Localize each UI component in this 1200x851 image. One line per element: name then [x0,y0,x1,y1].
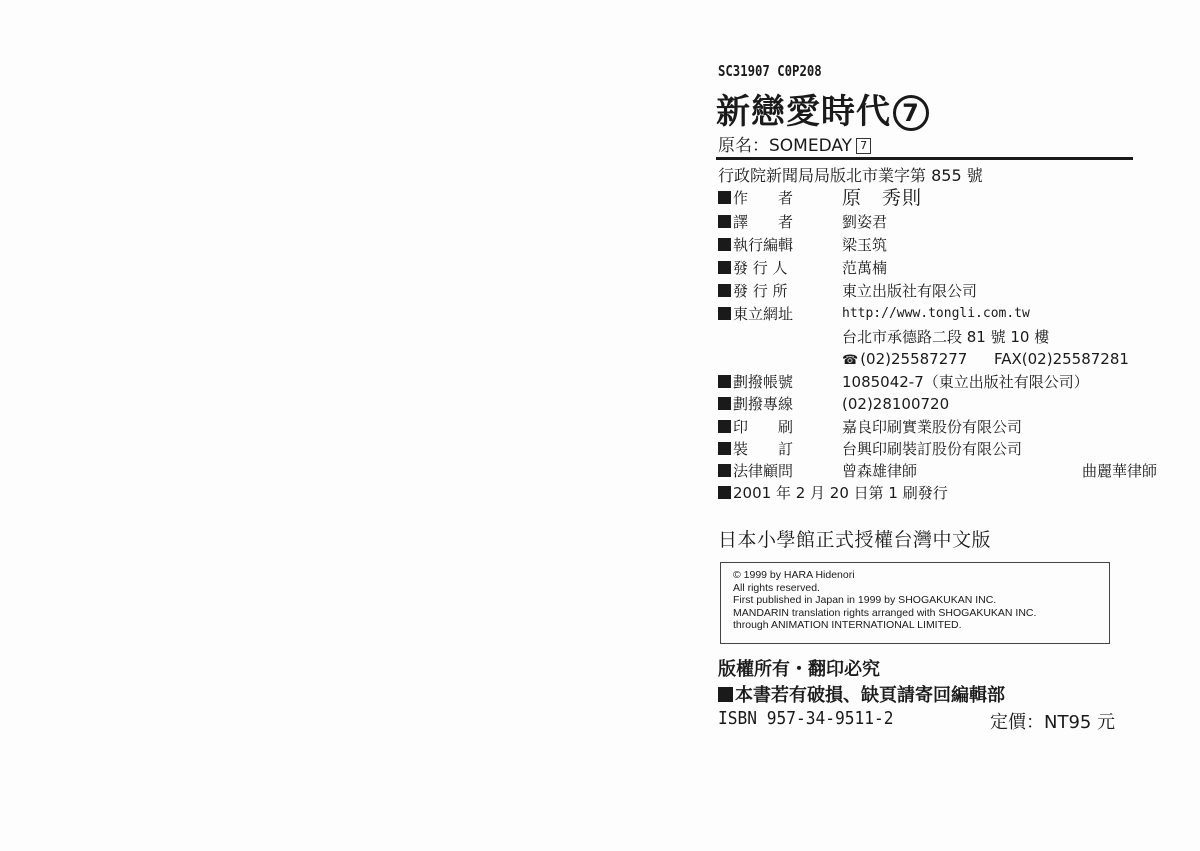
credit-label: 劃撥專線 [733,393,839,415]
credit-value: 梁玉筑 [842,234,887,256]
credit-row-author: 作 者原 秀則 [718,187,839,209]
address-line: 台北市承德路二段 81 號 10 樓 [842,326,1049,348]
bullet-square-icon [718,238,731,251]
credit-label: 譯 者 [733,211,839,233]
lawyer-2: 曲麗華律師 [1082,460,1157,482]
original-title-text: 原名：SOMEDAY [718,136,852,156]
license-number: 行政院新聞局局版北市業字第 855 號 [718,163,983,186]
left-blank-page [0,0,600,851]
credit-row-translator: 譯 者劉姿君 [718,211,839,233]
bullet-square-icon [718,464,731,477]
credit-value: 台興印刷裝訂股份有限公司 [842,438,1022,460]
bullet-square-icon [718,215,731,228]
credit-value: 范萬楠 [842,257,887,279]
credit-label: 東立網址 [733,303,839,325]
credit-row-publisher: 發 行 人范萬楠 [718,257,839,279]
credit-label: 法律顧問 [733,460,839,482]
bullet-square-icon [718,284,731,297]
credit-label: 發 行 所 [733,280,839,302]
credit-label: 發 行 人 [733,257,839,279]
rights-reserved-notice: 版權所有・翻印必究 [718,655,880,681]
credit-row-website: 東立網址http://www.tongli.com.tw [718,303,839,325]
copyright-box: © 1999 by HARA Hidenori All rights reser… [720,562,1110,644]
telephone-icon: ☎ [842,353,858,368]
authorization-notice: 日本小學館正式授權台灣中文版 [718,525,991,552]
bullet-square-icon [718,442,731,455]
credit-value: 曾森雄律師曲麗華律師 [842,460,917,482]
credit-label: 作 者 [733,187,839,209]
credit-row-publishing-house: 發 行 所東立出版社有限公司 [718,280,839,302]
credit-label: 裝 訂 [733,438,839,460]
price: 定價：NT95 元 [990,708,1115,734]
original-volume-box: 7 [856,138,871,154]
credit-value: 1085042-7（東立出版社有限公司） [842,371,1089,393]
damaged-copy-notice: 本書若有破損、缺頁請寄回編輯部 [718,681,1005,707]
bullet-square-icon [718,261,731,274]
copyright-line: © 1999 by HARA Hidenori [733,569,1109,582]
volume-circle-badge: 7 [893,95,929,131]
credit-row-printer: 印 刷嘉良印刷實業股份有限公司 [718,416,839,438]
lawyer-1: 曾森雄律師 [842,462,917,480]
bullet-square-icon [718,687,733,702]
credit-row-postal-hotline: 劃撥專線(02)28100720 [718,393,839,415]
copyright-line: All rights reserved. [733,582,1109,595]
catalog-codes: SC31907 C0P208 [718,62,822,80]
bullet-square-icon [718,191,731,204]
edition-text: 2001 年 2 月 20 日第 1 刷發行 [733,484,948,502]
credit-value: (02)28100720 [842,393,949,415]
title-text: 新戀愛時代 [716,92,891,132]
copyright-line: First published in Japan in 1999 by SHOG… [733,594,1109,607]
bullet-square-icon [718,397,731,410]
credit-row-editor: 執行編輯梁玉筑 [718,234,839,256]
title-divider-rule [716,157,1133,160]
credit-label: 印 刷 [733,416,839,438]
bullet-square-icon [718,486,731,499]
credit-row-binding: 裝 訂台興印刷裝訂股份有限公司 [718,438,839,460]
credit-value: 劉姿君 [842,211,887,233]
phone-fax-line: ☎(02)25587277FAX(02)25587281 [842,348,967,370]
credit-value: 東立出版社有限公司 [842,280,977,302]
isbn: ISBN 957-34-9511-2 [718,708,894,729]
original-title: 原名：SOMEDAY7 [718,131,871,156]
copyright-line: through ANIMATION INTERNATIONAL LIMITED. [733,619,1109,632]
book-title: 新戀愛時代7 [716,84,929,133]
copyright-line: MANDARIN translation rights arranged wit… [733,607,1109,620]
credit-label: 劃撥帳號 [733,371,839,393]
fax-number: FAX(02)25587281 [994,348,1129,370]
credit-value: 原 秀則 [842,187,922,209]
credit-label: 執行編輯 [733,234,839,256]
credit-value: 嘉良印刷實業股份有限公司 [842,416,1022,438]
edition-row: 2001 年 2 月 20 日第 1 刷發行 [718,482,948,504]
credit-row-postal-account: 劃撥帳號1085042-7（東立出版社有限公司） [718,371,839,393]
telephone-number: (02)25587277 [860,350,967,368]
credit-row-legal-counsel: 法律顧問曾森雄律師曲麗華律師 [718,460,839,482]
damaged-notice-text: 本書若有破損、缺頁請寄回編輯部 [735,685,1005,706]
bullet-square-icon [718,375,731,388]
bullet-square-icon [718,420,731,433]
website-link[interactable]: http://www.tongli.com.tw [842,303,1030,325]
bullet-square-icon [718,307,731,320]
